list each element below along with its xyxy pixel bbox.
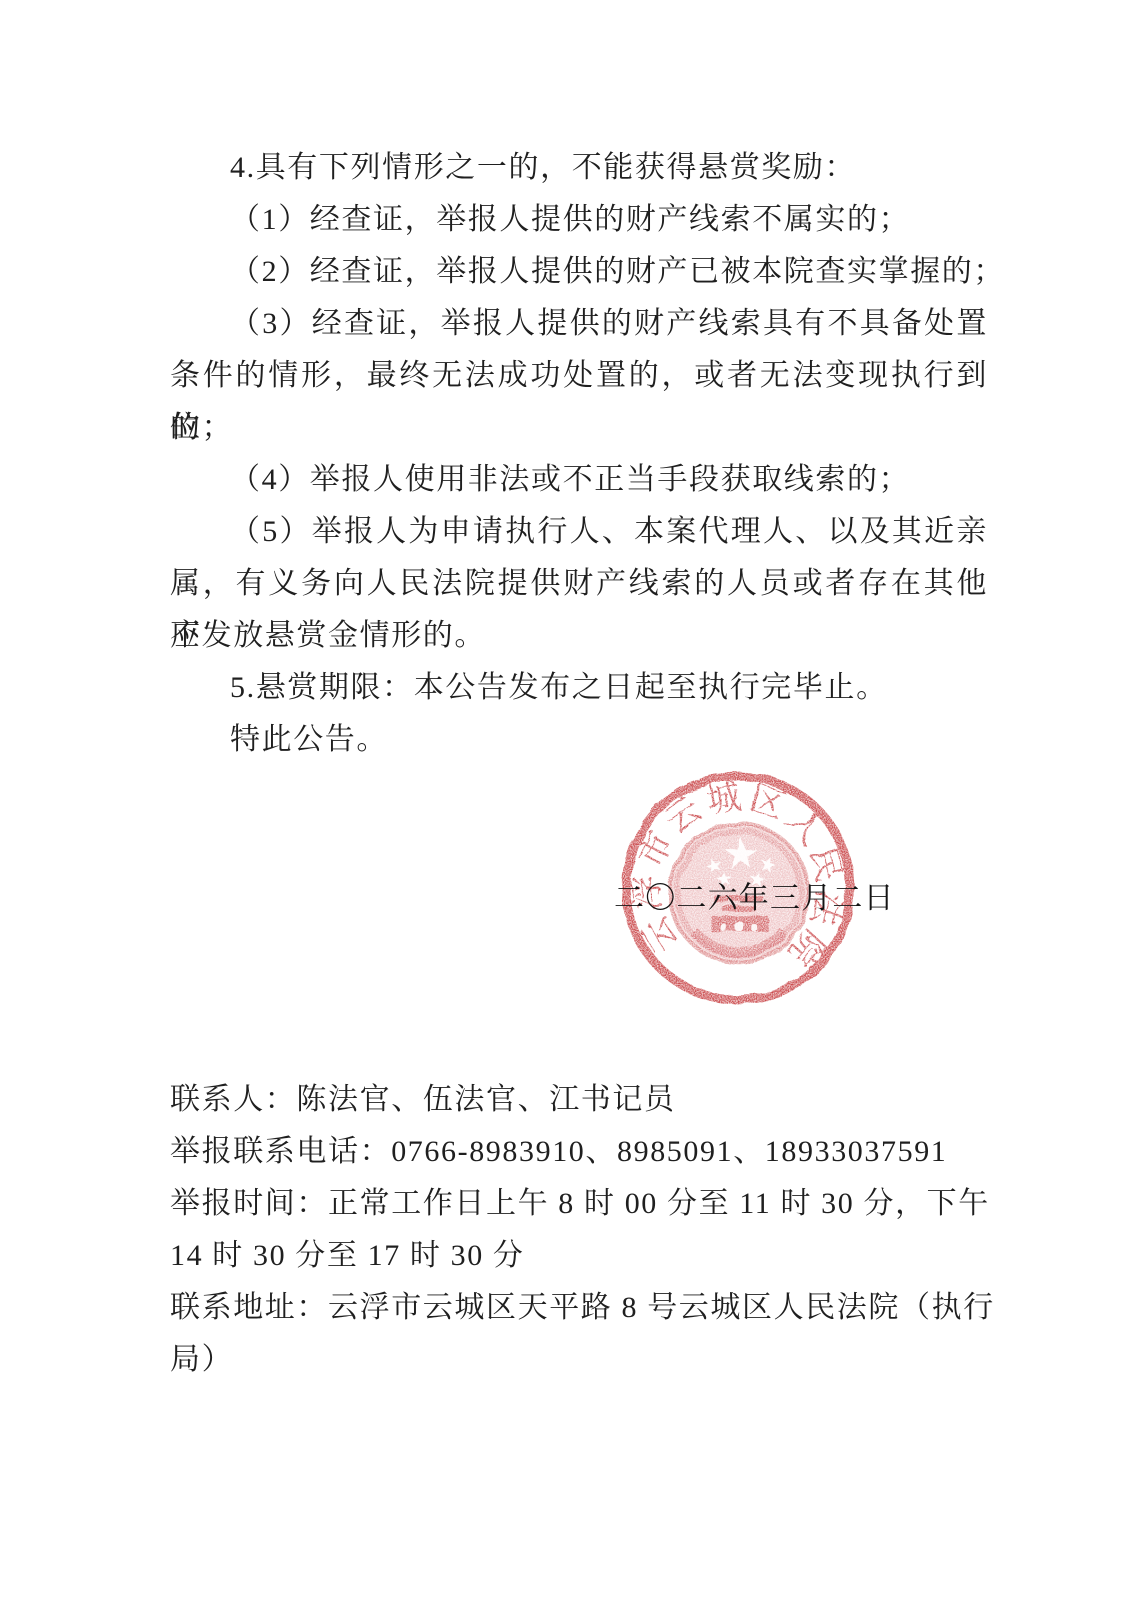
contact-hours-line: 14 时 30 分至 17 时 30 分 [170,1230,992,1282]
body-line: （5）举报人为申请执行人、本案代理人、以及其近亲 [170,506,988,558]
body-line: 特此公告。 [170,714,988,766]
announcement-body: 4.具有下列情形之一的，不能获得悬赏奖励： （1）经查证，举报人提供的财产线索不… [170,142,988,766]
contact-hours-line: 举报时间：正常工作日上午 8 时 00 分至 11 时 30 分，下午 [170,1178,992,1230]
contact-block: 联系人：陈法官、伍法官、江书记员 举报联系电话：0766-8983910、898… [170,1074,992,1386]
date-line: 二〇二六年三月二日 [614,882,895,916]
body-line: 4.具有下列情形之一的，不能获得悬赏奖励： [170,142,988,194]
body-line: 属，有义务向人民法院提供财产线索的人员或者存在其他不 [170,558,988,610]
contact-address-line: 联系地址：云浮市云城区天平路 8 号云城区人民法院（执行 [170,1282,992,1334]
body-line: （3）经查证，举报人提供的财产线索具有不具备处置 [170,298,988,350]
body-line: 应发放悬赏金情形的。 [170,610,988,662]
body-line: 条件的情形，最终无法成功处置的，或者无法变现执行到位 [170,350,988,402]
body-line: （1）经查证，举报人提供的财产线索不属实的； [170,194,988,246]
body-line: 5.悬赏期限：本公告发布之日起至执行完毕止。 [170,662,988,714]
document-page: 4.具有下列情形之一的，不能获得悬赏奖励： （1）经查证，举报人提供的财产线索不… [0,0,1132,1600]
contact-phone-line: 举报联系电话：0766-8983910、8985091、18933037591 [170,1126,992,1178]
contact-person-line: 联系人：陈法官、伍法官、江书记员 [170,1074,992,1126]
body-line: （2）经查证，举报人提供的财产已被本院查实掌握的； [170,246,988,298]
body-line: （4）举报人使用非法或不正当手段获取线索的； [170,454,988,506]
body-line: 的； [170,402,988,454]
contact-address-line: 局） [170,1334,992,1386]
